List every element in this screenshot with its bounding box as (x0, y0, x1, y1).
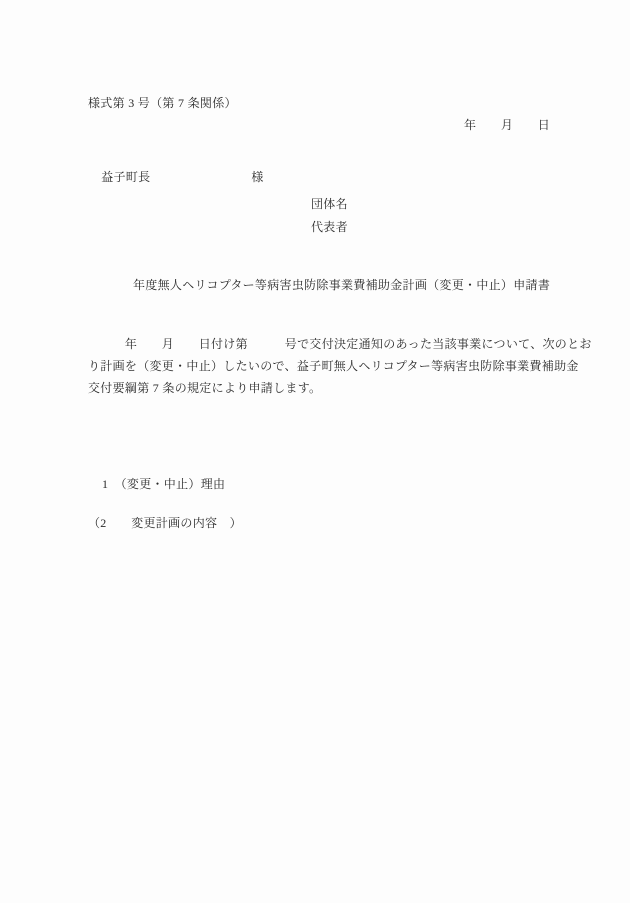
date-placeholder: 年 月 日 (464, 117, 550, 133)
section-item-reason: 1 （変更・中止）理由 (102, 476, 225, 492)
body-paragraph-line-1: 年 月 日付け第 号で交付決定通知のあった当該事業について、次のとお (88, 336, 592, 352)
signature-representative-label: 代表者 (311, 219, 348, 235)
body-paragraph-line-2: り計画を（変更・中止）したいので、益子町無人ヘリコプター等病害虫防除事業費補助金 (88, 358, 579, 374)
recipient-name: 益子町長 (101, 170, 150, 184)
recipient-honorific: 様 (251, 169, 263, 185)
form-number: 様式第 3 号（第 7 条関係） (88, 95, 237, 111)
signature-group-name-label: 団体名 (311, 196, 348, 212)
section-item-change-details: （2 変更計画の内容 ） (88, 515, 242, 531)
document-title: 年度無人ヘリコプター等病害虫防除事業費補助金計画（変更・中止）申請書 (133, 277, 550, 293)
recipient-line: 益子町長様 (88, 153, 264, 201)
body-paragraph-line-3: 交付要綱第 7 条の規定により申請します。 (88, 380, 321, 396)
document-page: 様式第 3 号（第 7 条関係） 年 月 日 益子町長様 団体名 代表者 年度無… (0, 0, 630, 903)
